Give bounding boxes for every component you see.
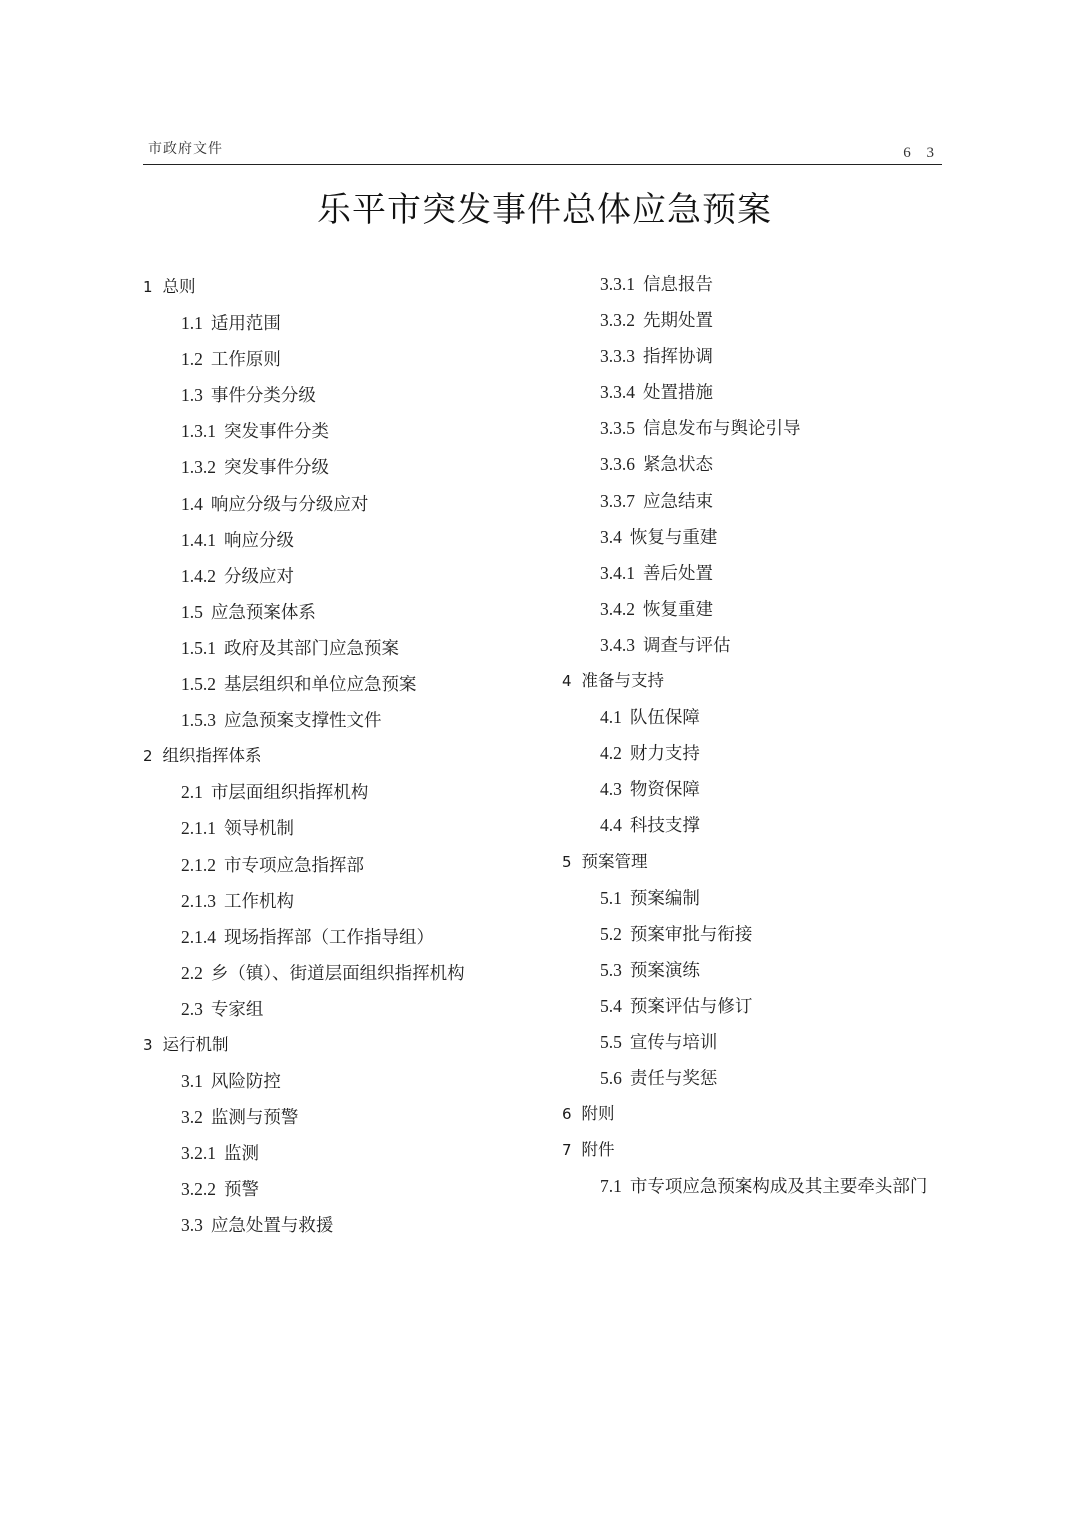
toc-entry-number: 3.2.1 (181, 1135, 216, 1171)
toc-entry-title: 物资保障 (630, 780, 700, 800)
toc-entry-number: 5.2 (600, 916, 622, 952)
toc-entry-number: 2.2 (181, 955, 203, 991)
toc-entry-number: 5.4 (600, 988, 622, 1024)
toc-entry-title: 监测 (224, 1144, 259, 1164)
toc-entry-number: 3.3.4 (600, 374, 635, 410)
toc-entry-title: 责任与奖惩 (630, 1069, 718, 1089)
toc-chapter-entry: 6附则 (562, 1096, 927, 1132)
toc-section-entry: 1.5应急预案体系 (143, 594, 465, 630)
toc-section-entry: 4.2财力支持 (562, 735, 927, 771)
toc-entry-number: 2.1 (181, 774, 203, 810)
toc-entry-number: 4.1 (600, 699, 622, 735)
toc-entry-title: 工作机构 (224, 892, 294, 912)
toc-section-entry: 5.1预案编制 (562, 880, 927, 916)
toc-entry-number: 2.1.2 (181, 847, 216, 883)
toc-entry-title: 现场指挥部（工作指导组） (224, 928, 434, 948)
toc-section-entry: 3.4.2恢复重建 (562, 591, 927, 627)
toc-entry-title: 适用范围 (211, 314, 281, 334)
toc-right-column: 3.3.1信息报告3.3.2先期处置3.3.3指挥协调3.3.4处置措施3.3.… (562, 266, 927, 1204)
toc-section-entry: 1.5.2基层组织和单位应急预案 (143, 666, 465, 702)
toc-entry-number: 3.4.3 (600, 627, 635, 663)
toc-section-entry: 3.3.4处置措施 (562, 374, 927, 410)
toc-entry-number: 7 (562, 1132, 572, 1168)
toc-section-entry: 7.1市专项应急预案构成及其主要牵头部门 (562, 1168, 927, 1204)
toc-entry-title: 组织指挥体系 (163, 746, 262, 765)
toc-section-entry: 3.1风险防控 (143, 1063, 465, 1099)
toc-entry-number: 2.3 (181, 991, 203, 1027)
toc-section-entry: 3.3.5信息发布与舆论引导 (562, 410, 927, 446)
toc-entry-number: 2 (143, 738, 153, 774)
toc-entry-title: 响应分级 (224, 531, 294, 551)
header-divider (143, 164, 942, 165)
toc-entry-number: 2.1.1 (181, 810, 216, 846)
toc-entry-number: 3.3.3 (600, 338, 635, 374)
toc-entry-title: 预案演练 (630, 961, 700, 981)
toc-entry-number: 3.3.2 (600, 302, 635, 338)
toc-section-entry: 2.1.1领导机制 (143, 810, 465, 846)
toc-entry-title: 紧急状态 (643, 455, 713, 475)
toc-entry-title: 基层组织和单位应急预案 (224, 675, 417, 695)
toc-entry-number: 3.3.5 (600, 410, 635, 446)
toc-entry-title: 专家组 (211, 1000, 264, 1020)
toc-entry-title: 指挥协调 (643, 347, 713, 367)
toc-entry-title: 预案评估与修订 (630, 997, 753, 1017)
page-number: 6 3 (903, 145, 940, 162)
toc-section-entry: 1.2工作原则 (143, 341, 465, 377)
toc-entry-title: 应急处置与救援 (211, 1216, 334, 1236)
toc-section-entry: 1.5.1政府及其部门应急预案 (143, 630, 465, 666)
toc-section-entry: 4.3物资保障 (562, 771, 927, 807)
toc-entry-title: 乡（镇）、街道层面组织指挥机构 (211, 964, 465, 984)
toc-section-entry: 3.2监测与预警 (143, 1099, 465, 1135)
toc-section-entry: 2.1市层面组织指挥机构 (143, 774, 465, 810)
toc-entry-title: 恢复重建 (643, 600, 713, 620)
toc-section-entry: 1.4.1响应分级 (143, 522, 465, 558)
toc-entry-number: 1.5.1 (181, 630, 216, 666)
toc-entry-number: 1.3.1 (181, 413, 216, 449)
toc-section-entry: 2.3专家组 (143, 991, 465, 1027)
toc-section-entry: 3.4恢复与重建 (562, 519, 927, 555)
toc-section-entry: 5.3预案演练 (562, 952, 927, 988)
toc-entry-title: 响应分级与分级应对 (211, 495, 369, 515)
toc-section-entry: 3.3.6紧急状态 (562, 446, 927, 482)
toc-entry-number: 5.3 (600, 952, 622, 988)
toc-entry-title: 市层面组织指挥机构 (211, 783, 369, 803)
toc-entry-title: 科技支撑 (630, 816, 700, 836)
toc-entry-title: 调查与评估 (643, 636, 731, 656)
toc-entry-number: 1.4.2 (181, 558, 216, 594)
toc-section-entry: 1.5.3应急预案支撑性文件 (143, 702, 465, 738)
toc-section-entry: 3.2.2预警 (143, 1171, 465, 1207)
toc-entry-title: 市专项应急预案构成及其主要牵头部门 (630, 1177, 928, 1197)
toc-section-entry: 3.4.1善后处置 (562, 555, 927, 591)
toc-entry-title: 领导机制 (224, 819, 294, 839)
toc-chapter-entry: 3运行机制 (143, 1027, 465, 1063)
toc-entry-title: 处置措施 (643, 383, 713, 403)
toc-entry-number: 2.1.4 (181, 919, 216, 955)
toc-entry-number: 4.3 (600, 771, 622, 807)
toc-entry-title: 先期处置 (643, 311, 713, 331)
toc-chapter-entry: 5预案管理 (562, 844, 927, 880)
toc-entry-title: 准备与支持 (582, 671, 665, 690)
toc-section-entry: 3.3.2先期处置 (562, 302, 927, 338)
toc-section-entry: 1.1适用范围 (143, 305, 465, 341)
toc-entry-number: 1.4 (181, 486, 203, 522)
toc-entry-title: 事件分类分级 (211, 386, 316, 406)
toc-entry-number: 3.2.2 (181, 1171, 216, 1207)
toc-entry-number: 3.4.2 (600, 591, 635, 627)
toc-entry-title: 附件 (582, 1140, 615, 1159)
toc-entry-number: 6 (562, 1096, 572, 1132)
toc-entry-number: 5.6 (600, 1060, 622, 1096)
toc-entry-title: 运行机制 (163, 1035, 229, 1054)
toc-entry-number: 1.5.3 (181, 702, 216, 738)
toc-section-entry: 3.3.7应急结束 (562, 483, 927, 519)
toc-entry-title: 工作原则 (211, 350, 281, 370)
toc-section-entry: 4.1队伍保障 (562, 699, 927, 735)
toc-entry-number: 1 (143, 269, 153, 305)
toc-entry-title: 附则 (582, 1104, 615, 1123)
toc-entry-title: 应急结束 (643, 492, 713, 512)
toc-entry-number: 1.3 (181, 377, 203, 413)
toc-entry-number: 4.4 (600, 807, 622, 843)
toc-entry-number: 1.5.2 (181, 666, 216, 702)
toc-entry-number: 3.3 (181, 1207, 203, 1243)
toc-section-entry: 5.5宣传与培训 (562, 1024, 927, 1060)
toc-section-entry: 3.4.3调查与评估 (562, 627, 927, 663)
toc-section-entry: 1.3.2突发事件分级 (143, 449, 465, 485)
toc-section-entry: 5.4预案评估与修订 (562, 988, 927, 1024)
toc-section-entry: 3.3.1信息报告 (562, 266, 927, 302)
toc-entry-title: 预案审批与衔接 (630, 925, 753, 945)
toc-entry-number: 3.3.1 (600, 266, 635, 302)
header-label: 市政府文件 (148, 138, 223, 158)
toc-entry-title: 信息发布与舆论引导 (643, 419, 801, 439)
toc-entry-number: 5 (562, 844, 572, 880)
toc-chapter-entry: 4准备与支持 (562, 663, 927, 699)
toc-entry-number: 1.3.2 (181, 449, 216, 485)
toc-entry-number: 3 (143, 1027, 153, 1063)
toc-entry-title: 风险防控 (211, 1072, 281, 1092)
toc-entry-number: 3.1 (181, 1063, 203, 1099)
toc-section-entry: 3.3.3指挥协调 (562, 338, 927, 374)
toc-section-entry: 3.2.1监测 (143, 1135, 465, 1171)
document-title: 乐平市突发事件总体应急预案 (0, 182, 1074, 231)
toc-entry-number: 4 (562, 663, 572, 699)
toc-entry-title: 宣传与培训 (630, 1033, 718, 1053)
toc-entry-title: 分级应对 (224, 567, 294, 587)
toc-section-entry: 2.1.4现场指挥部（工作指导组） (143, 919, 465, 955)
toc-entry-number: 7.1 (600, 1168, 622, 1204)
toc-section-entry: 1.4.2分级应对 (143, 558, 465, 594)
toc-entry-title: 队伍保障 (630, 708, 700, 728)
toc-entry-title: 财力支持 (630, 744, 700, 764)
toc-section-entry: 1.3.1突发事件分类 (143, 413, 465, 449)
toc-entry-number: 3.4.1 (600, 555, 635, 591)
toc-section-entry: 1.4响应分级与分级应对 (143, 486, 465, 522)
toc-entry-title: 善后处置 (643, 564, 713, 584)
toc-entry-number: 3.4 (600, 519, 622, 555)
toc-entry-number: 3.3.6 (600, 446, 635, 482)
toc-section-entry: 3.3应急处置与救援 (143, 1207, 465, 1243)
toc-entry-title: 监测与预警 (211, 1108, 299, 1128)
toc-entry-title: 恢复与重建 (630, 528, 718, 548)
toc-entry-number: 1.5 (181, 594, 203, 630)
toc-entry-title: 预案编制 (630, 889, 700, 909)
toc-entry-title: 突发事件分类 (224, 422, 329, 442)
toc-entry-number: 1.4.1 (181, 522, 216, 558)
toc-entry-title: 预警 (224, 1180, 259, 1200)
toc-entry-title: 突发事件分级 (224, 458, 329, 478)
toc-section-entry: 2.1.3工作机构 (143, 883, 465, 919)
toc-entry-number: 3.3.7 (600, 483, 635, 519)
toc-entry-number: 3.2 (181, 1099, 203, 1135)
toc-entry-title: 总则 (163, 277, 196, 296)
toc-entry-number: 5.5 (600, 1024, 622, 1060)
toc-entry-number: 5.1 (600, 880, 622, 916)
toc-section-entry: 5.2预案审批与衔接 (562, 916, 927, 952)
toc-chapter-entry: 7附件 (562, 1132, 927, 1168)
toc-entry-title: 政府及其部门应急预案 (224, 639, 399, 659)
toc-entry-title: 市专项应急指挥部 (224, 856, 364, 876)
toc-chapter-entry: 2组织指挥体系 (143, 738, 465, 774)
toc-entry-number: 4.2 (600, 735, 622, 771)
toc-entry-title: 应急预案支撑性文件 (224, 711, 382, 731)
toc-section-entry: 2.2乡（镇）、街道层面组织指挥机构 (143, 955, 465, 991)
toc-section-entry: 5.6责任与奖惩 (562, 1060, 927, 1096)
toc-entry-title: 信息报告 (643, 275, 713, 295)
toc-entry-title: 预案管理 (582, 852, 648, 871)
toc-section-entry: 4.4科技支撑 (562, 807, 927, 843)
toc-section-entry: 2.1.2市专项应急指挥部 (143, 847, 465, 883)
toc-entry-number: 2.1.3 (181, 883, 216, 919)
toc-left-column: 1总则1.1适用范围1.2工作原则1.3事件分类分级1.3.1突发事件分类1.3… (143, 269, 465, 1244)
toc-entry-number: 1.2 (181, 341, 203, 377)
toc-entry-title: 应急预案体系 (211, 603, 316, 623)
toc-entry-number: 1.1 (181, 305, 203, 341)
toc-chapter-entry: 1总则 (143, 269, 465, 305)
toc-section-entry: 1.3事件分类分级 (143, 377, 465, 413)
